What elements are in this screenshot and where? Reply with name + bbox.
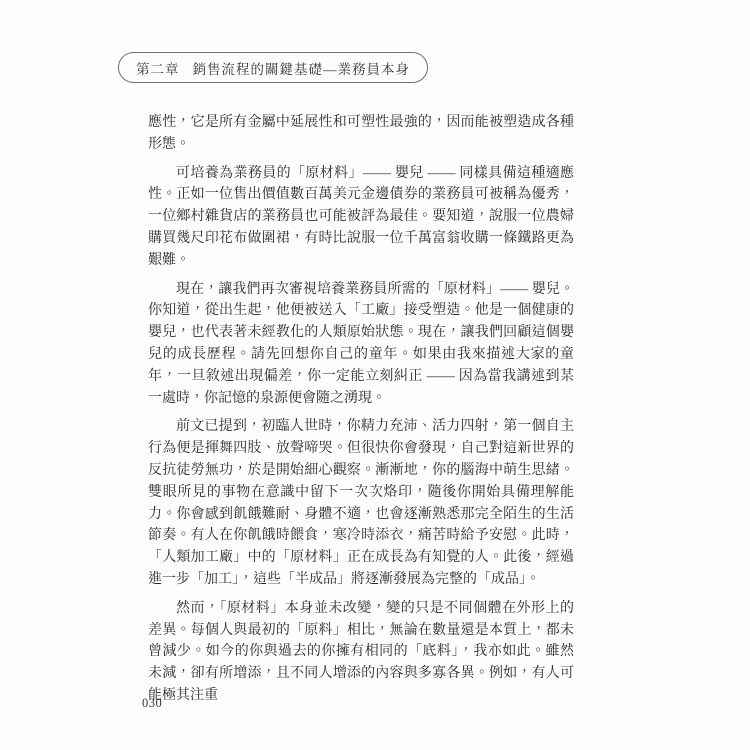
- body-paragraph: 然而，「原材料」本身並未改變，變的只是不同個體在外形上的差異。每個人與最初的「原…: [148, 598, 574, 707]
- body-paragraph: 可培養為業務員的「原材料」—— 嬰兒 —— 同樣具備這種適應性。正如一位售出價值…: [148, 163, 574, 272]
- chapter-number: 第二章: [136, 58, 180, 78]
- body-paragraph: 應性，它是所有金屬中延展性和可塑性最強的，因而能被塑造成各種形態。: [148, 112, 574, 156]
- body-paragraph: 前文已提到，初臨人世時，你精力充沛、活力四射，第一個自主行為便是揮舞四肢、放聲啼…: [148, 416, 574, 590]
- book-page: 第二章 銷售流程的關鍵基礎—業務員本身 應性，它是所有金屬中延展性和可塑性最強的…: [0, 0, 750, 750]
- page-number: 030: [142, 696, 162, 711]
- body-paragraph: 現在，讓我們再次審視培養業務員所需的「原材料」—— 嬰兒。你知道，從出生起，他便…: [148, 279, 574, 410]
- chapter-header: 第二章 銷售流程的關鍵基礎—業務員本身: [118, 52, 428, 83]
- body-text: 應性，它是所有金屬中延展性和可塑性最強的，因而能被塑造成各種形態。 可培養為業務…: [148, 112, 574, 707]
- chapter-title: 銷售流程的關鍵基礎—業務員本身: [193, 58, 411, 78]
